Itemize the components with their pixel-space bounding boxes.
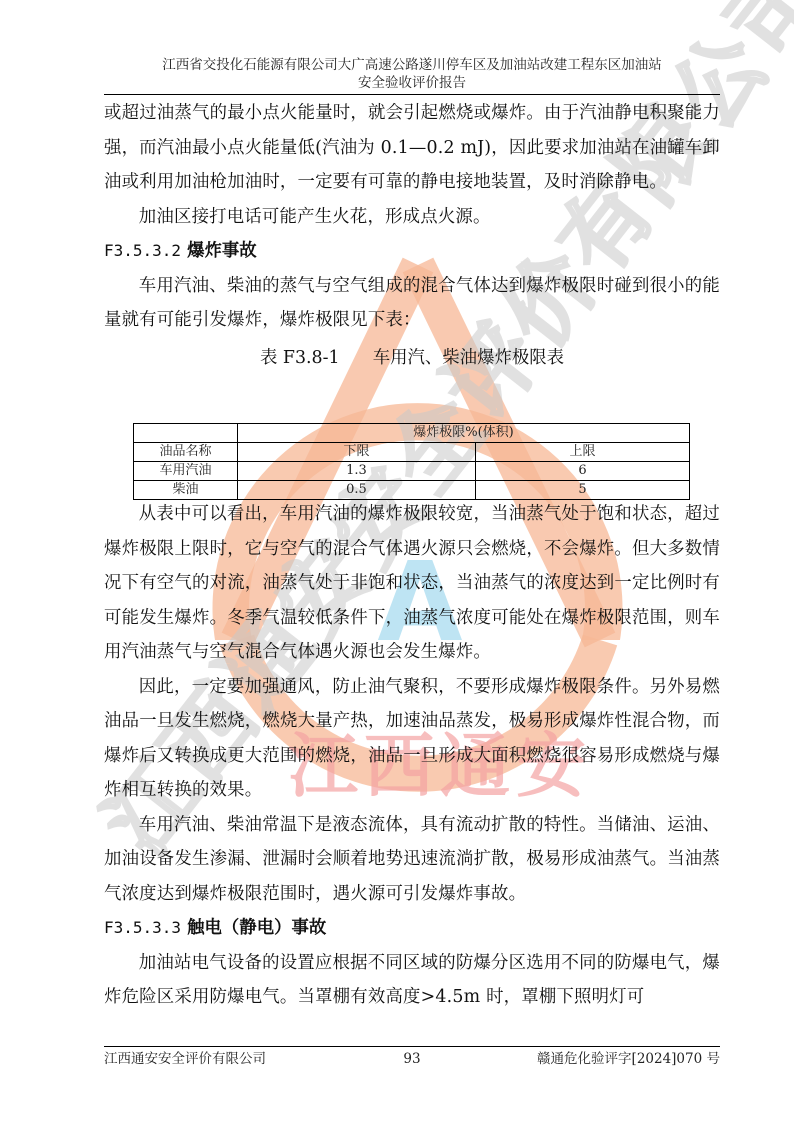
table-caption-number: 表 F3.8-1 xyxy=(260,348,340,368)
table-caption: 表 F3.8-1 车用汽、柴油爆炸极限表 xyxy=(104,338,720,378)
paragraph: 车用汽油、柴油的蒸气与空气组成的混合气体达到爆炸极限时碰到很小的能量就有可能引发… xyxy=(104,269,720,338)
paragraph: 或超过油蒸气的最小点火能量时，就会引起燃烧或爆炸。由于汽油静电积聚能力强，而汽油… xyxy=(104,96,720,200)
body-content-continued: 从表中可以看出，车用汽油的爆炸极限较宽，当油蒸气处于饱和状态，超过爆炸极限上限时… xyxy=(104,497,720,1015)
paragraph: 加油区接打电话可能产生火花，形成点火源。 xyxy=(104,200,720,235)
section-number: F3.5.3.3 xyxy=(104,918,181,937)
document-page: A 江西通安 江西通安安全评价有限公司 江西省交投化石能源有限公司大广高速公路遂… xyxy=(0,0,794,1123)
table-group-header: 爆炸极限%(体积) xyxy=(238,424,690,443)
paragraph: 车用汽油、柴油常温下是液态流体，具有流动扩散的特性。当储油、运油、加油设备发生渗… xyxy=(104,808,720,912)
table-header-cell: 上限 xyxy=(476,443,690,462)
header-divider xyxy=(104,94,720,95)
explosion-limit-table: 爆炸极限%(体积) 油品名称 下限 上限 车用汽油 1.3 6 柴油 0.5 5 xyxy=(133,423,690,500)
header-title-line2: 安全验收评价报告 xyxy=(104,74,720,92)
body-content: 或超过油蒸气的最小点火能量时，就会引起燃烧或爆炸。由于汽油静电积聚能力强，而汽油… xyxy=(104,96,720,378)
section-number: F3.5.3.2 xyxy=(104,241,181,260)
section-title: 触电（静电）事故 xyxy=(187,918,326,938)
table-header-empty xyxy=(134,424,238,443)
table-header-cell: 油品名称 xyxy=(134,443,238,462)
header-title-line1: 江西省交投化石能源有限公司大广高速公路遂川停车区及加油站改建工程东区加油站 xyxy=(104,56,720,74)
footer-doc-number: 赣通危化验评字[2024]070 号 xyxy=(537,1050,720,1068)
paragraph: 加油站电气设备的设置应根据不同区域的防爆分区选用不同的防爆电气，爆炸危险区采用防… xyxy=(104,946,720,1015)
table-cell: 6 xyxy=(476,462,690,481)
table-cell: 1.3 xyxy=(238,462,476,481)
section-heading-explosion: F3.5.3.2 爆炸事故 xyxy=(104,234,720,269)
footer-divider xyxy=(104,1046,720,1047)
table-cell: 车用汽油 xyxy=(134,462,238,481)
section-title: 爆炸事故 xyxy=(187,241,257,261)
paragraph: 从表中可以看出，车用汽油的爆炸极限较宽，当油蒸气处于饱和状态，超过爆炸极限上限时… xyxy=(104,497,720,670)
table-row: 车用汽油 1.3 6 xyxy=(134,462,690,481)
table-header-cell: 下限 xyxy=(238,443,476,462)
section-heading-electric-shock: F3.5.3.3 触电（静电）事故 xyxy=(104,911,720,946)
table-header-row: 爆炸极限%(体积) xyxy=(134,424,690,443)
table-caption-title: 车用汽、柴油爆炸极限表 xyxy=(373,348,564,368)
page-header: 江西省交投化石能源有限公司大广高速公路遂川停车区及加油站改建工程东区加油站 安全… xyxy=(104,56,720,92)
table-header-row: 油品名称 下限 上限 xyxy=(134,443,690,462)
paragraph: 因此，一定要加强通风，防止油气聚积，不要形成爆炸极限条件。另外易燃油品一旦发生燃… xyxy=(104,670,720,808)
